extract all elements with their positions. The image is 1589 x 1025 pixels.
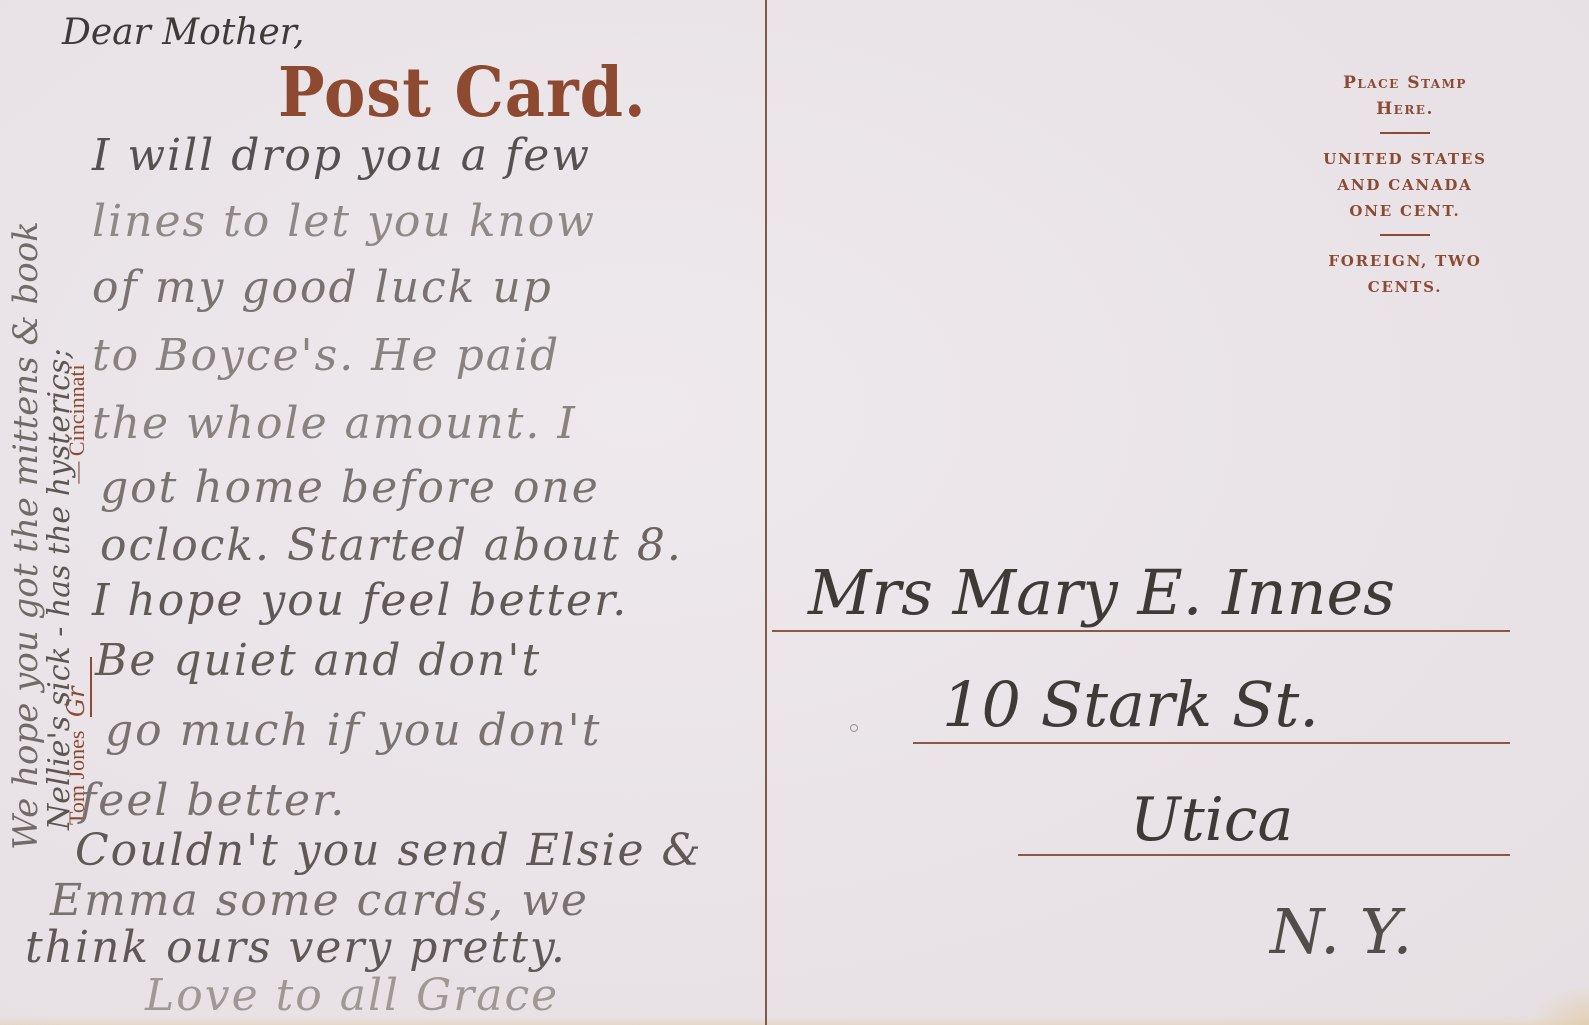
- stamp-line: One Cent.: [1280, 198, 1530, 224]
- message-line: Be quiet and don't: [95, 635, 541, 686]
- stamp-line: Foreign, Two: [1280, 248, 1530, 274]
- stamp-rule: [1380, 132, 1430, 134]
- recipient-state: N. Y.: [1270, 895, 1412, 968]
- stamp-line: United States: [1280, 146, 1530, 172]
- address-rule-1: [772, 630, 1510, 632]
- center-divider: [765, 0, 767, 1025]
- recipient-name: Mrs Mary E. Innes: [808, 556, 1395, 629]
- recipient-street: 10 Stark St.: [942, 668, 1319, 741]
- message-line: oclock. Started about 8.: [100, 520, 683, 571]
- margin-note: Nellie's sick - has the hysterics;: [42, 349, 77, 830]
- stamp-line: Here.: [1280, 96, 1530, 122]
- message-line: feel better.: [80, 775, 346, 826]
- message-line: the whole amount. I: [92, 398, 577, 449]
- message-line: I hope you feel better.: [92, 575, 628, 626]
- stamp-line: and Canada: [1280, 172, 1530, 198]
- stamp-line: Place Stamp: [1280, 70, 1530, 96]
- message-line: got home before one: [100, 462, 600, 513]
- message-line: Emma some cards, we: [50, 875, 589, 926]
- message-line: of my good luck up: [92, 262, 553, 313]
- stamp-box: Place Stamp Here. United States and Cana…: [1280, 70, 1530, 300]
- recipient-city: Utica: [1130, 785, 1293, 855]
- ink-dot: [850, 724, 858, 732]
- stamp-rule: [1380, 234, 1430, 236]
- postcard-title: Post Card.: [278, 52, 647, 132]
- message-line: Love to all Grace: [145, 970, 559, 1021]
- message-line: to Boyce's. He paid: [92, 330, 560, 381]
- greeting: Dear Mother,: [62, 12, 304, 53]
- message-line: Couldn't you send Elsie &: [75, 825, 703, 876]
- message-line: lines to let you know: [92, 196, 596, 247]
- address-rule-2: [913, 742, 1510, 744]
- message-line: go much if you don't: [105, 705, 601, 756]
- stamp-line: Cents.: [1280, 274, 1530, 300]
- message-line: think ours very pretty.: [25, 922, 567, 973]
- message-line: I will drop you a few: [92, 130, 591, 181]
- postcard-back: Post Card. Place Stamp Here. United Stat…: [0, 0, 1589, 1025]
- card-corner-wear: [1529, 985, 1589, 1025]
- margin-note: We hope you got the mittens & book: [6, 221, 46, 850]
